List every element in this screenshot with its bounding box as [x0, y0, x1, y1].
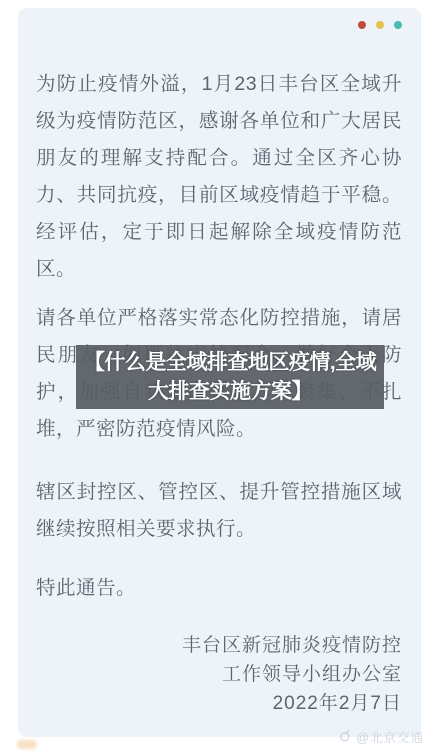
notice-line: 继续按照相关要求执行。 — [36, 511, 402, 548]
notice-line: 堆，严密防范疫情风险。 — [36, 411, 402, 448]
signature-block: 丰台区新冠肺炎疫情防控 工作领导小组办公室 2022年2月7日 — [36, 631, 402, 718]
window-dot-yellow-icon — [376, 21, 384, 29]
paragraph-3: 辖区封控区、管控区、提升管控措施区域 继续按照相关要求执行。 — [36, 474, 402, 548]
paragraph-1: 为防止疫情外溢，1月23日丰台区全域升 级为疫情防范区，感谢各单位和广大居民 朋… — [36, 66, 402, 288]
paragraph-4: 特此通告。 — [36, 570, 402, 607]
bottom-left-smudge — [17, 740, 37, 749]
notice-line: 特此通告。 — [36, 570, 402, 607]
notice-line: 辖区封控区、管控区、提升管控措施区域 — [36, 474, 402, 511]
window-dot-red-icon — [358, 21, 366, 29]
signature-org-line1: 丰台区新冠肺炎疫情防控 — [36, 631, 402, 660]
caption-title-line1: 【什么是全域排查地区疫情,全域 — [84, 348, 376, 377]
notice-line: 朋友的理解支持配合。通过全区齐心协 — [36, 140, 402, 177]
camera-icon — [338, 728, 355, 746]
notice-line: 经评估，定于即日起解除全域疫情防范 — [36, 214, 402, 251]
notice-line: 区。 — [36, 251, 402, 288]
notice-line: 请各单位严格落实常态化防控措施，请居 — [36, 300, 402, 337]
signature-date: 2022年2月7日 — [36, 689, 402, 718]
notice-line: 力、共同抗疫，目前区域疫情趋于平稳。 — [36, 177, 402, 214]
notice-line: 为防止疫情外溢，1月23日丰台区全域升 — [36, 66, 402, 103]
window-dot-teal-icon — [394, 21, 402, 29]
watermark: @北京交通 — [339, 728, 424, 746]
notice-line: 级为疫情防范区，感谢各单位和广大居民 — [36, 103, 402, 140]
caption-title-line2: 大排查实施方案】 — [148, 377, 312, 406]
watermark-text: @北京交通 — [356, 728, 424, 746]
signature-org-line2: 工作领导小组办公室 — [36, 660, 402, 689]
caption-overlay: 【什么是全域排查地区疫情,全域 大排查实施方案】 — [76, 345, 384, 409]
window-dots — [358, 21, 402, 29]
